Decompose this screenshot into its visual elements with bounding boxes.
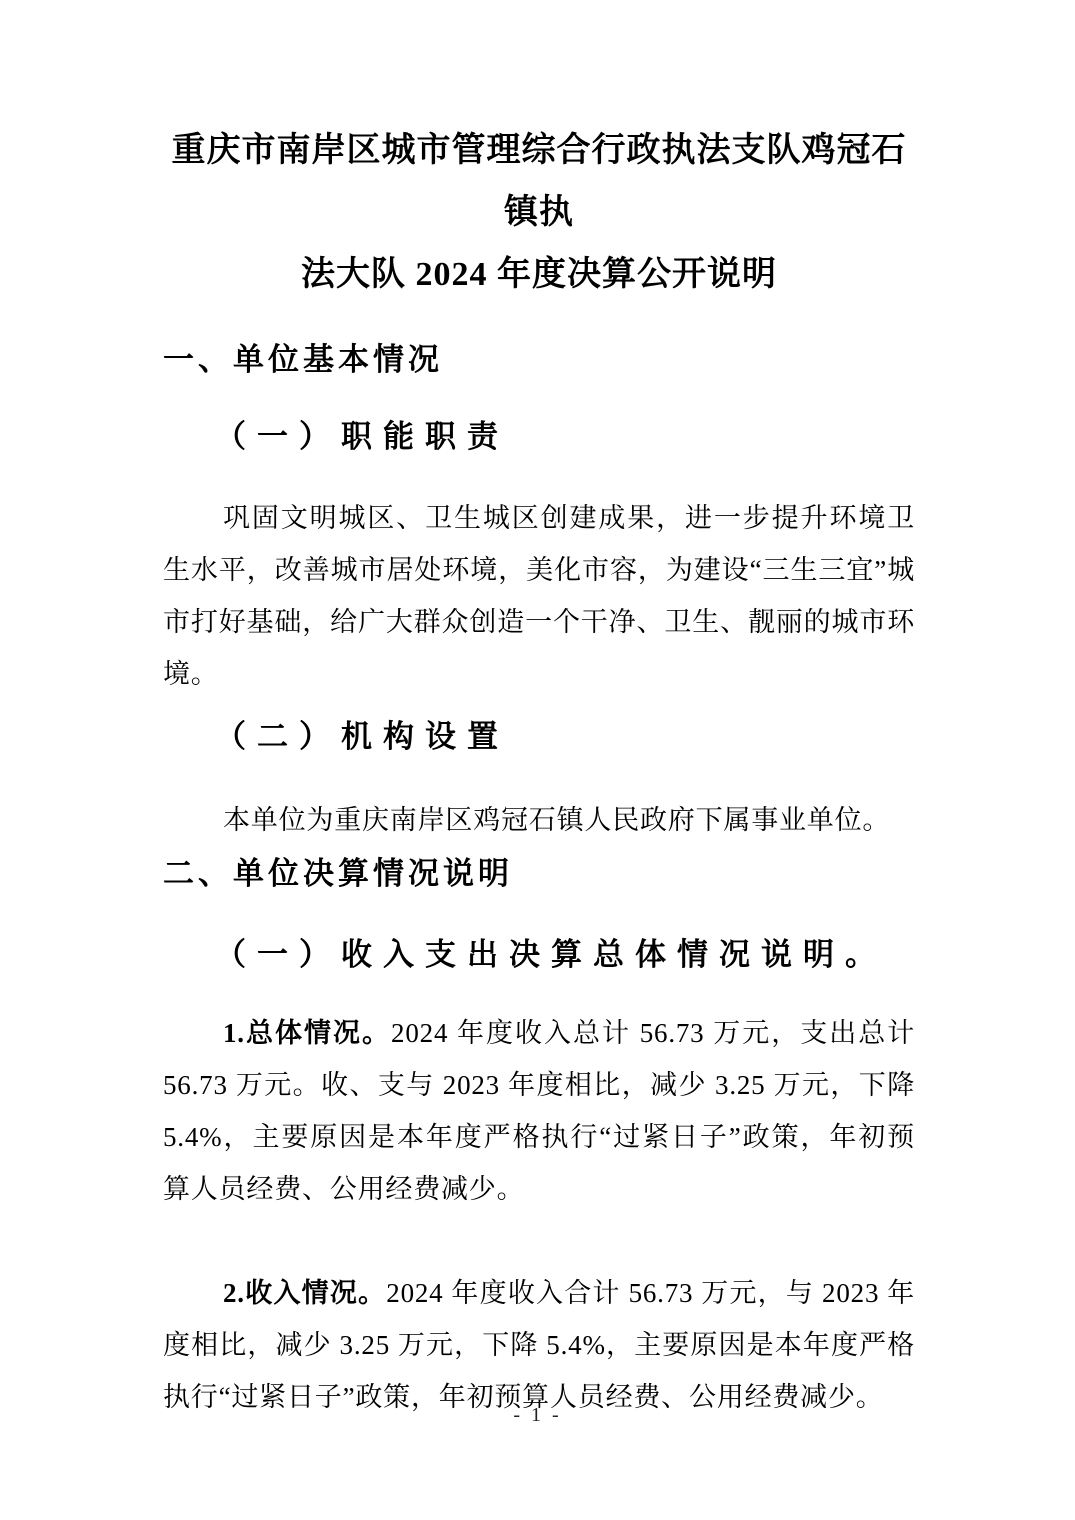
subsection-heading-budget-summary: （一）收入支出决算总体情况说明。 [163, 935, 915, 975]
paragraph-income-lead: 2.收入情况。 [223, 1278, 386, 1308]
document-content: 重庆市南岸区城市管理综合行政执法支队鸡冠石镇执 法大队 2024 年度决算公开说… [163, 0, 915, 1423]
document-page: 重庆市南岸区城市管理综合行政执法支队鸡冠石镇执 法大队 2024 年度决算公开说… [0, 0, 1075, 1520]
page-number-footer: - 1 - [0, 1404, 1075, 1427]
paragraph-overall-lead: 1.总体情况。 [223, 1018, 391, 1048]
paragraph-organization: 本单位为重庆南岸区鸡冠石镇人民政府下属事业单位。 [163, 794, 915, 846]
document-title-line-1: 重庆市南岸区城市管理综合行政执法支队鸡冠石镇执 [163, 120, 915, 244]
subsection-heading-organization: （二）机构设置 [163, 717, 915, 757]
paragraph-duties: 巩固文明城区、卫生城区创建成果，进一步提升环境卫生水平，改善城市居处环境，美化市… [163, 492, 915, 700]
paragraph-income-situation: 2.收入情况。2024 年度收入合计 56.73 万元，与 2023 年度相比，… [163, 1267, 915, 1423]
subsection-heading-duties: （一）职能职责 [163, 417, 915, 457]
document-title-line-2: 法大队 2024 年度决算公开说明 [163, 244, 915, 306]
paragraph-overall-situation: 1.总体情况。2024 年度收入总计 56.73 万元，支出总计 56.73 万… [163, 1007, 915, 1215]
section-heading-basic-info: 一、单位基本情况 [163, 340, 915, 380]
document-title: 重庆市南岸区城市管理综合行政执法支队鸡冠石镇执 法大队 2024 年度决算公开说… [163, 120, 915, 306]
section-heading-budget-statement: 二、单位决算情况说明 [163, 854, 915, 894]
